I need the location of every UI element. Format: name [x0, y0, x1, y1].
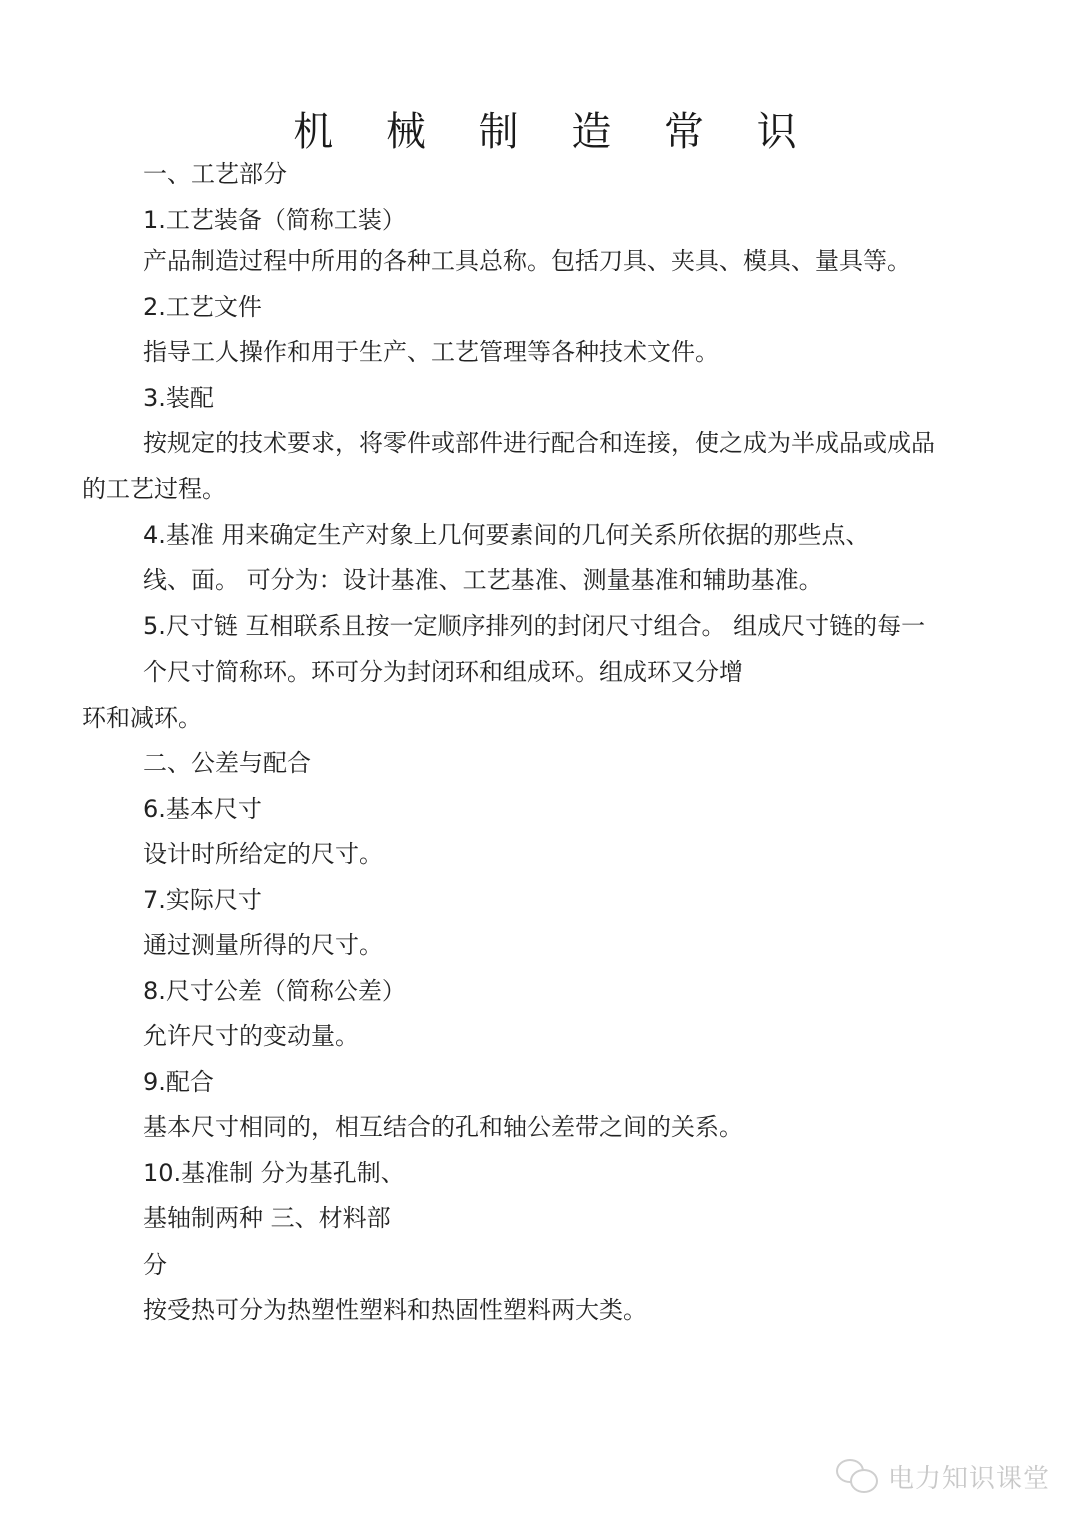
- item-body-2: 指导工人操作和用于生产、工艺管理等各种技术文件。: [143, 336, 719, 368]
- item-10: 10.基准制 分为基孔制、: [143, 1157, 405, 1189]
- watermark-text: 电力知识课堂: [888, 1458, 1050, 1495]
- item-body-1: 产品制造过程中所用的各种工具总称。包括刀具、夹具、模具、量具等。: [143, 245, 911, 277]
- item-10-cont: 基轴制两种 三、材料部: [143, 1202, 391, 1234]
- item-heading-7: 7.实际尺寸: [143, 884, 262, 916]
- item-heading-1: 1.工艺装备（简称工装）: [143, 204, 406, 236]
- item-heading-9: 9.配合: [143, 1066, 214, 1098]
- item-5-cont-2: 环和减环。: [82, 702, 202, 734]
- section-heading-tolerance: 二、公差与配合: [143, 747, 311, 779]
- section-heading-materials-cont: 分: [143, 1249, 167, 1281]
- item-body-7: 通过测量所得的尺寸。: [143, 929, 383, 961]
- item-heading-6: 6.基本尺寸: [143, 793, 262, 825]
- item-4-cont: 线、面。 可分为：设计基准、工艺基准、测量基准和辅助基准。: [143, 564, 823, 596]
- item-heading-3: 3.装配: [143, 382, 214, 414]
- item-heading-8: 8.尺寸公差（简称公差）: [143, 975, 406, 1007]
- item-5-cont: 个尺寸简称环。环可分为封闭环和组成环。组成环又分增: [143, 656, 743, 688]
- item-4: 4.基准 用来确定生产对象上几何要素间的几何关系所依据的那些点、: [143, 519, 870, 551]
- document-title: 机 械 制 造 常 识: [0, 100, 1080, 157]
- watermark: 电力知识课堂: [836, 1458, 1050, 1495]
- item-body-3: 按规定的技术要求，将零件或部件进行配合和连接，使之成为半成品或成品: [143, 427, 935, 459]
- item-body-9: 基本尺寸相同的，相互结合的孔和轴公差带之间的关系。: [143, 1111, 743, 1143]
- item-5: 5.尺寸链 互相联系且按一定顺序排列的封闭尺寸组合。 组成尺寸链的每一: [143, 610, 925, 642]
- section-heading-process: 一、工艺部分: [143, 158, 287, 190]
- item-heading-2: 2.工艺文件: [143, 291, 262, 323]
- materials-body: 按受热可分为热塑性塑料和热固性塑料两大类。: [143, 1294, 647, 1326]
- item-body-6: 设计时所给定的尺寸。: [143, 838, 383, 870]
- document-page: 机 械 制 造 常 识 一、工艺部分 1.工艺装备（简称工装） 产品制造过程中所…: [0, 0, 1080, 1528]
- item-body-8: 允许尺寸的变动量。: [143, 1020, 359, 1052]
- wechat-icon: [836, 1459, 878, 1495]
- item-body-3-cont: 的工艺过程。: [82, 473, 226, 505]
